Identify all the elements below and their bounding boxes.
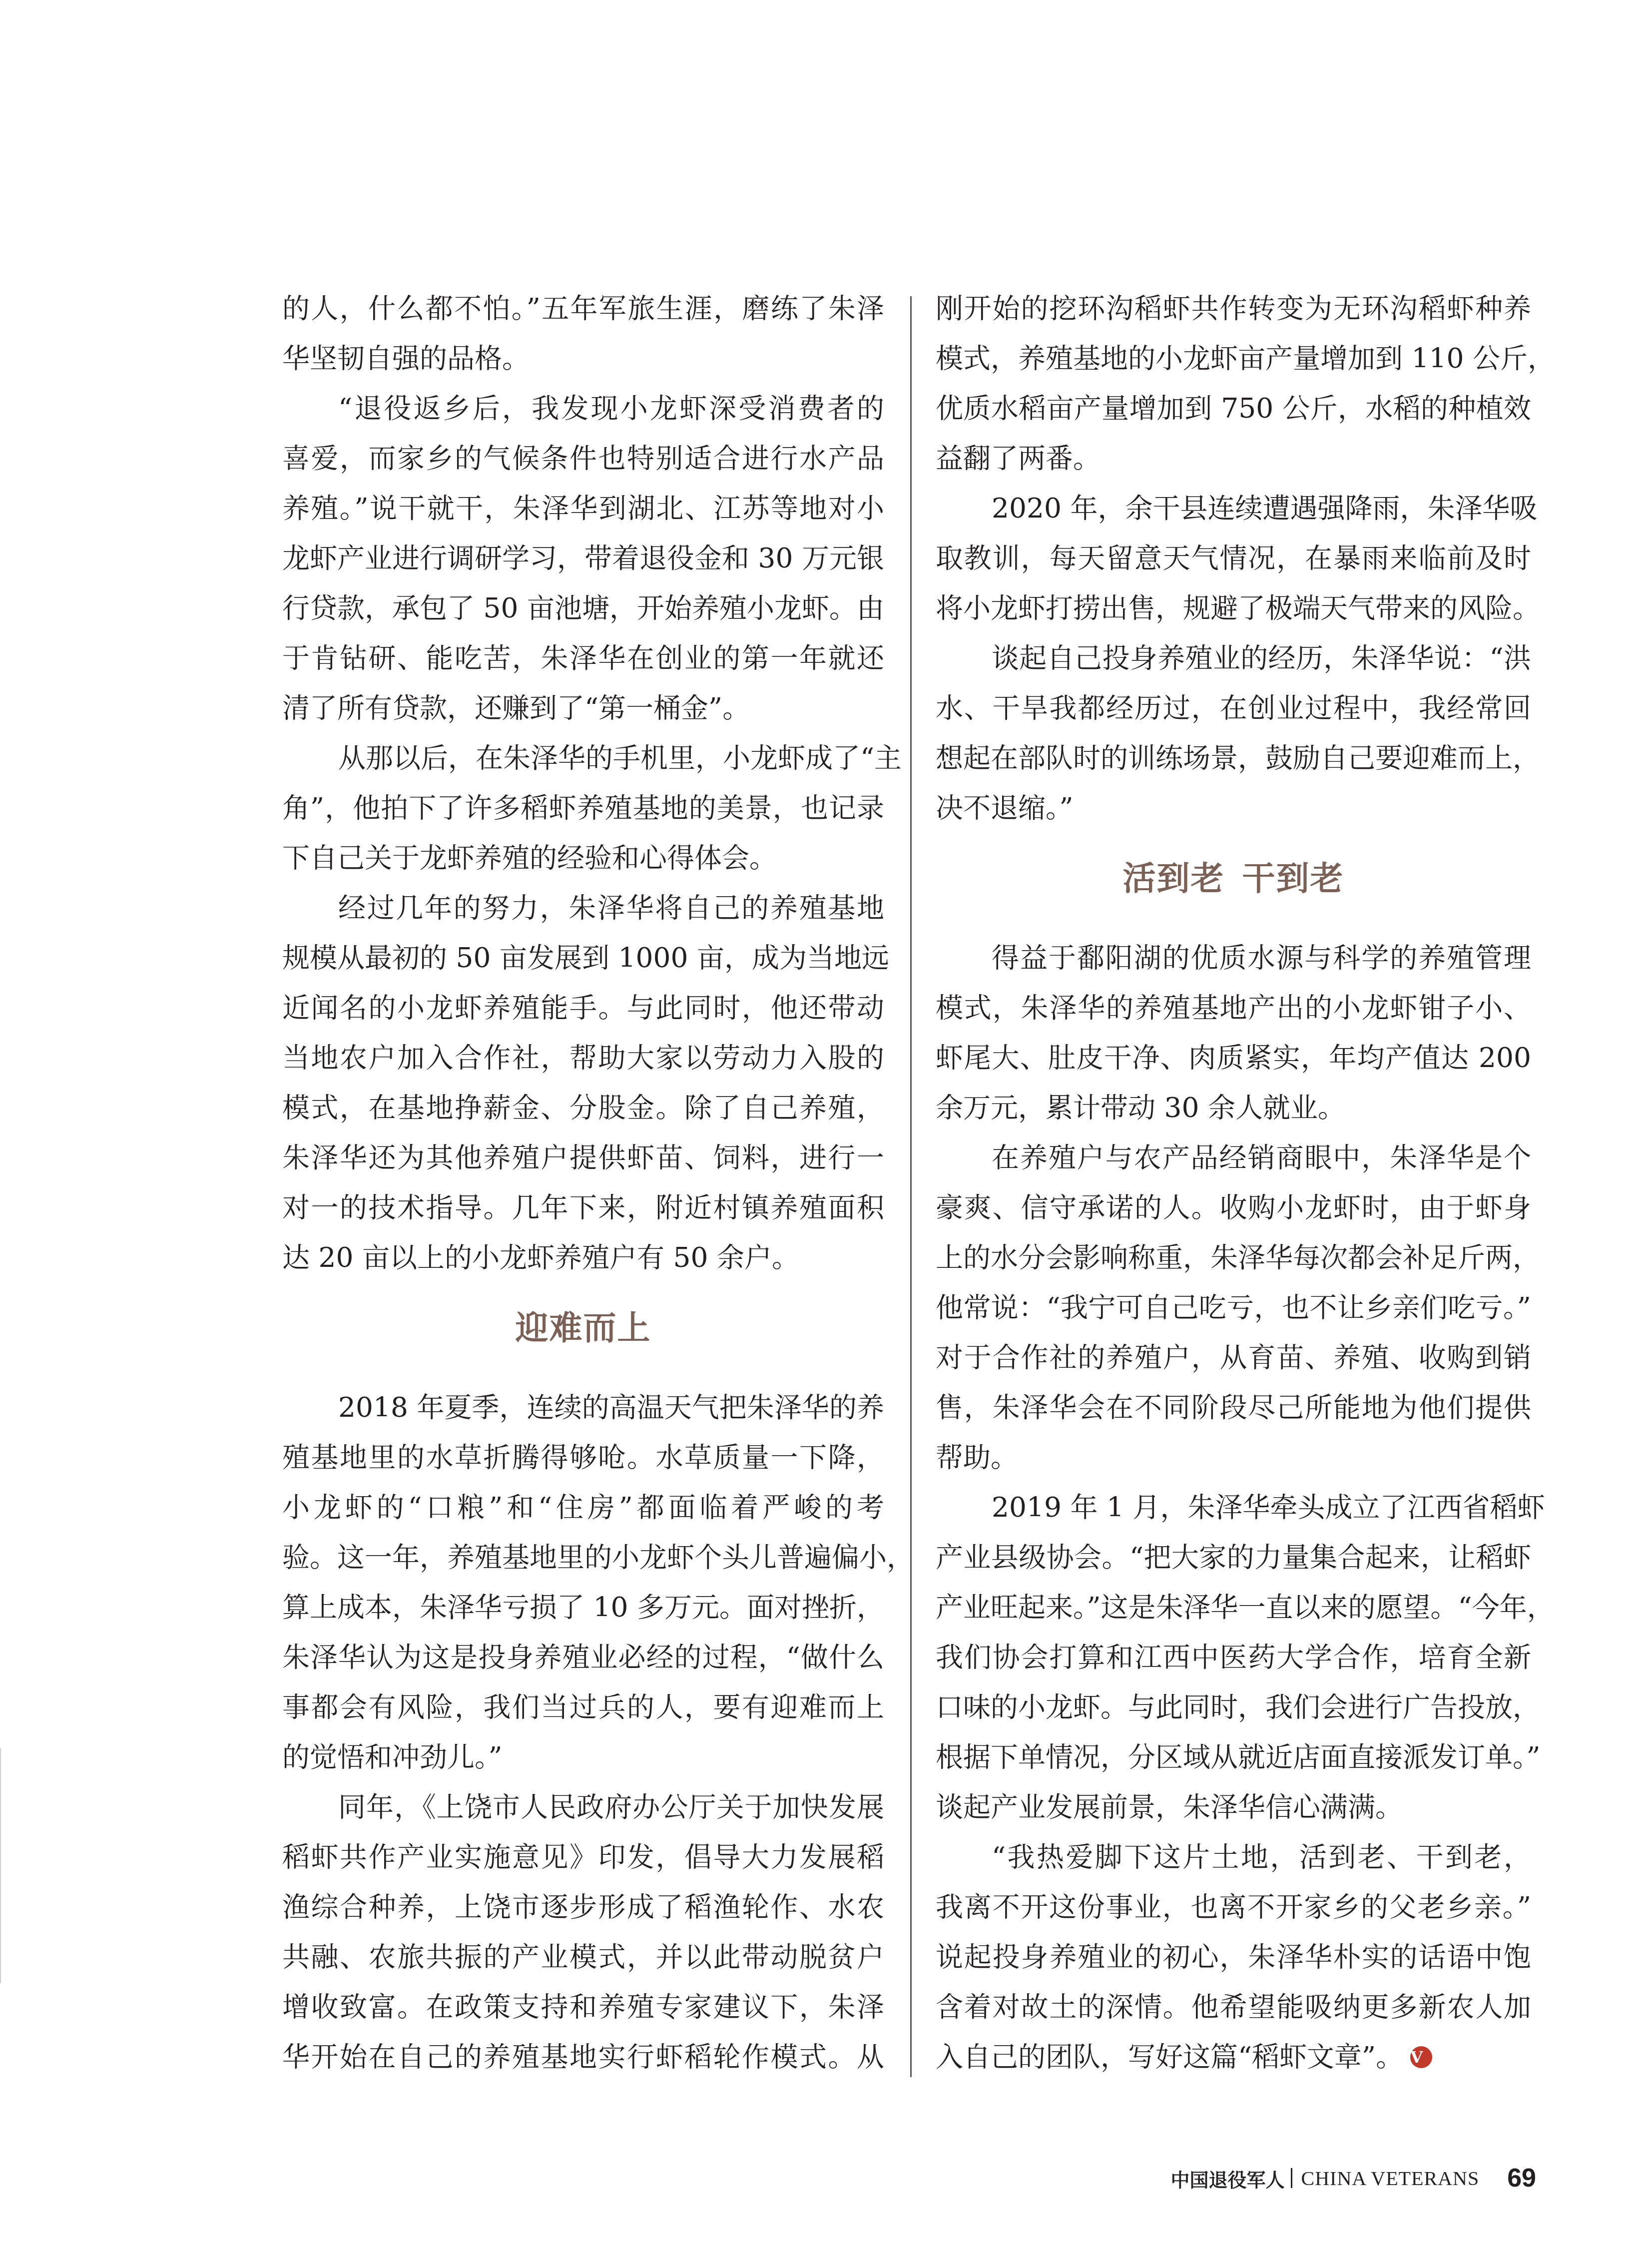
paragraph-line: 清了所有贷款，还赚到了“第一桶金”。 [282,690,884,740]
line-text: 他常说：“我宁可自己吃亏，也不让乡亲们吃亏。” [936,1291,1531,1323]
line-text: 朱泽华认为这是投身养殖业必经的过程，“做什么 [282,1641,884,1673]
magazine-title-cn: 中国退役军人 [1171,2165,1285,2192]
section-heading-yingnan: 迎难而上 [282,1275,884,1375]
line-text: 模式，养殖基地的小龙虾亩产量增加到 110 公斤， [936,342,1555,374]
article-column-left: 的人，什么都不怕。”五年军旅生涯，磨练了朱泽华坚韧自强的品格。“退役返乡后，我发… [282,0,884,2148]
line-text: 模式，朱泽华的养殖基地产出的小龙虾钳子小、 [936,992,1531,1024]
paragraph-line: 朱泽华认为这是投身养殖业必经的过程，“做什么 [282,1640,884,1689]
line-text: 将小龙虾打捞出售，规避了极端天气带来的风险。 [936,592,1540,624]
paragraph-line: 产业县级协会。“把大家的力量集合起来，让稻虾 [936,1540,1531,1590]
paragraph-line: 谈起产业发展前景，朱泽华信心满满。 [936,1789,1531,1839]
column-divider [910,296,912,2077]
line-text: 的人，什么都不怕。”五年军旅生涯，磨练了朱泽 [282,292,884,324]
paragraph-line: 小龙虾的“口粮”和“住房”都面临着严峻的考 [282,1490,884,1540]
paragraph-line: 殖基地里的水草折腾得够呛。水草质量一下降， [282,1440,884,1490]
paragraph-line: 角”，他拍下了许多稻虾养殖基地的美景，也记录 [282,790,884,840]
line-text: 当地农户加入合作社，帮助大家以劳动力入股的 [282,1042,884,1074]
line-text: 华开始在自己的养殖基地实行虾稻轮作模式。从 [282,2041,884,2073]
line-text: 龙虾产业进行调研学习，带着退役金和 30 万元银 [282,542,884,574]
paragraph-line: 含着对故土的深情。他希望能吸纳更多新农人加 [936,1989,1531,2039]
paragraph-line: 华开始在自己的养殖基地实行虾稻轮作模式。从 [282,2039,884,2089]
paragraph-line: 行贷款，承包了 50 亩池塘，开始养殖小龙虾。由 [282,590,884,640]
paragraph-line: 近闻名的小龙虾养殖能手。与此同时，他还带动 [282,990,884,1040]
footer-separator [1291,2168,1292,2188]
line-text: 对于合作社的养殖户，从育苗、养殖、收购到销 [936,1341,1531,1373]
paragraph-line: “我热爱脚下这片土地，活到老、干到老， [936,1839,1531,1889]
line-text: 产业县级协会。“把大家的力量集合起来，让稻虾 [936,1541,1531,1573]
line-text: 经过几年的努力，朱泽华将自己的养殖基地 [338,892,884,924]
article-column-right: 刚开始的挖环沟稻虾共作转变为无环沟稻虾种养模式，养殖基地的小龙虾亩产量增加到 1… [936,0,1531,2148]
line-text: 规模从最初的 50 亩发展到 1000 亩，成为当地远 [282,942,889,974]
paragraph-line: 规模从最初的 50 亩发展到 1000 亩，成为当地远 [282,940,884,990]
line-text: 我们协会打算和江西中医药大学合作，培育全新 [936,1641,1531,1673]
paragraph-line: “退役返乡后，我发现小龙虾深受消费者的 [282,391,884,441]
line-text: 喜爱，而家乡的气候条件也特别适合进行水产品 [282,442,884,474]
paragraph-line: 谈起自己投身养殖业的经历，朱泽华说：“洪 [936,640,1531,690]
paragraph-line: 华坚韧自强的品格。 [282,341,884,391]
line-text: 刚开始的挖环沟稻虾共作转变为无环沟稻虾种养 [936,292,1531,324]
paragraph-line: 同年，《上饶市人民政府办公厅关于加快发展 [282,1789,884,1839]
line-text: 在养殖户与农产品经销商眼中，朱泽华是个 [992,1141,1531,1173]
line-text: 我离不开这份事业，也离不开家乡的父老乡亲。” [936,1891,1531,1923]
paragraph-line: 稻虾共作产业实施意见》印发，倡导大力发展稻 [282,1839,884,1889]
line-text: 增收致富。在政策支持和养殖专家建议下，朱泽 [282,1991,884,2023]
paragraph-line: 增收致富。在政策支持和养殖专家建议下，朱泽 [282,1989,884,2039]
paragraph-line: 喜爱，而家乡的气候条件也特别适合进行水产品 [282,441,884,491]
paragraph-line: 根据下单情况，分区域从就近店面直接派发订单。” [936,1739,1531,1789]
line-text: 算上成本，朱泽华亏损了 10 多万元。面对挫折， [282,1591,884,1623]
paragraph-line: 我离不开这份事业，也离不开家乡的父老乡亲。” [936,1889,1531,1939]
paragraph-line: 2018 年夏季，连续的高温天气把朱泽华的养 [282,1390,884,1440]
line-text: 下自己关于龙虾养殖的经验和心得体会。 [282,842,777,874]
paragraph-line: 事都会有风险，我们当过兵的人，要有迎难而上 [282,1689,884,1739]
paragraph-line: 将小龙虾打捞出售，规避了极端天气带来的风险。 [936,590,1531,640]
line-text: 售，朱泽华会在不同阶段尽己所能地为他们提供 [936,1391,1531,1423]
page-gutter-edge [0,1748,1,1983]
paragraph-line: 口味的小龙虾。与此同时，我们会进行广告投放， [936,1689,1531,1739]
paragraph-line: 虾尾大、肚皮干净、肉质紧实，年均产值达 200 [936,1040,1531,1090]
paragraph-line: 模式，养殖基地的小龙虾亩产量增加到 110 公斤， [936,341,1531,391]
line-text: 入自己的团队，写好这篇“稻虾文章”。 [936,2041,1403,2073]
paragraph-line: 下自己关于龙虾养殖的经验和心得体会。 [282,840,884,890]
paragraph-line: 我们协会打算和江西中医药大学合作，培育全新 [936,1640,1531,1689]
paragraph-line: 对一的技术指导。几年下来，附近村镇养殖面积 [282,1190,884,1240]
paragraph-line: 的觉悟和冲劲儿。” [282,1739,884,1789]
paragraph-line: 刚开始的挖环沟稻虾共作转变为无环沟稻虾种养 [936,291,1531,341]
paragraph-line: 他常说：“我宁可自己吃亏，也不让乡亲们吃亏。” [936,1290,1531,1340]
paragraph-line: 优质水稻亩产量增加到 750 公斤，水稻的种植效 [936,391,1531,441]
paragraph-line: 余万元，累计带动 30 余人就业。 [936,1090,1531,1140]
line-text: 豪爽、信守承诺的人。收购小龙虾时，由于虾身 [936,1191,1531,1223]
line-text: 根据下单情况，分区域从就近店面直接派发订单。” [936,1741,1541,1773]
paragraph-line: 的人，什么都不怕。”五年军旅生涯，磨练了朱泽 [282,291,884,341]
line-text: 近闻名的小龙虾养殖能手。与此同时，他还带动 [282,992,884,1024]
paragraph-line: 2020 年，余干县连续遭遇强降雨，朱泽华吸 [936,491,1531,541]
line-text: 2020 年，余干县连续遭遇强降雨，朱泽华吸 [992,492,1537,524]
line-text: 渔综合种养，上饶市逐步形成了稻渔轮作、水农 [282,1891,884,1923]
paragraph-line: 得益于鄱阳湖的优质水源与科学的养殖管理 [936,940,1531,990]
line-text: 谈起自己投身养殖业的经历，朱泽华说：“洪 [992,642,1531,674]
line-text: 华坚韧自强的品格。 [282,342,530,374]
section-heading-huodaolao: 活到老 干到老 [936,825,1531,925]
line-text: 益翻了两番。 [936,442,1101,474]
paragraph-line: 对于合作社的养殖户，从育苗、养殖、收购到销 [936,1340,1531,1390]
line-text: 养殖。”说干就干，朱泽华到湖北、江苏等地对小 [282,492,884,524]
line-text: 余万元，累计带动 30 余人就业。 [936,1092,1345,1123]
paragraph-line: 算上成本，朱泽华亏损了 10 多万元。面对挫折， [282,1590,884,1640]
paragraph-line: 养殖。”说干就干，朱泽华到湖北、江苏等地对小 [282,491,884,541]
line-text: 对一的技术指导。几年下来，附近村镇养殖面积 [282,1191,884,1223]
line-text: 取教训，每天留意天气情况，在暴雨来临前及时 [936,542,1531,574]
line-text: 达 20 亩以上的小龙虾养殖户有 50 余户。 [282,1241,799,1273]
paragraph-line: 水、干旱我都经历过，在创业过程中，我经常回 [936,690,1531,740]
line-text: 殖基地里的水草折腾得够呛。水草质量一下降， [282,1441,884,1473]
line-text: 产业旺起来。”这是朱泽华一直以来的愿望。“今年， [936,1591,1555,1623]
paragraph-line: 产业旺起来。”这是朱泽华一直以来的愿望。“今年， [936,1590,1531,1640]
paragraph-line: 入自己的团队，写好这篇“稻虾文章”。V [936,2039,1531,2089]
article-end-mark-icon: V [1410,2046,1432,2068]
paragraph-line: 共融、农旅共振的产业模式，并以此带动脱贫户 [282,1939,884,1989]
line-text: 小龙虾的“口粮”和“住房”都面临着严峻的考 [282,1491,884,1523]
line-text: 得益于鄱阳湖的优质水源与科学的养殖管理 [992,942,1531,974]
line-text: 共融、农旅共振的产业模式，并以此带动脱贫户 [282,1941,884,1973]
line-text: 说起投身养殖业的初心，朱泽华朴实的话语中饱 [936,1941,1531,1973]
paragraph-line: 益翻了两番。 [936,441,1531,491]
line-text: 稻虾共作产业实施意见》印发，倡导大力发展稻 [282,1841,884,1873]
line-text: 上的水分会影响称重，朱泽华每次都会补足斤两， [936,1241,1540,1273]
paragraph-line: 从那以后，在朱泽华的手机里，小龙虾成了“主 [282,740,884,790]
paragraph-line: 售，朱泽华会在不同阶段尽己所能地为他们提供 [936,1390,1531,1440]
line-text: 于肯钻研、能吃苦，朱泽华在创业的第一年就还 [282,642,884,674]
line-text: 角”，他拍下了许多稻虾养殖基地的美景，也记录 [282,792,884,824]
line-text: 的觉悟和冲劲儿。” [282,1741,503,1773]
line-text: 虾尾大、肚皮干净、肉质紧实，年均产值达 200 [936,1042,1531,1074]
line-text: “退役返乡后，我发现小龙虾深受消费者的 [338,392,884,424]
paragraph-line: 模式，朱泽华的养殖基地产出的小龙虾钳子小、 [936,990,1531,1040]
paragraph-line: 帮助。 [936,1440,1531,1490]
paragraph-line: 当地农户加入合作社，帮助大家以劳动力入股的 [282,1040,884,1090]
line-text: 验。这一年，养殖基地里的小龙虾个头儿普遍偏小， [282,1541,914,1573]
page-footer: 中国退役军人 CHINA VETERANS 69 [1171,2163,1536,2193]
paragraph-line: 说起投身养殖业的初心，朱泽华朴实的话语中饱 [936,1939,1531,1989]
line-text: “我热爱脚下这片土地，活到老、干到老， [992,1841,1531,1873]
paragraph-line: 取教训，每天留意天气情况，在暴雨来临前及时 [936,541,1531,590]
paragraph-line: 经过几年的努力，朱泽华将自己的养殖基地 [282,890,884,940]
line-text: 模式，在基地挣薪金、分股金。除了自己养殖， [282,1092,884,1123]
paragraph-line: 验。这一年，养殖基地里的小龙虾个头儿普遍偏小， [282,1540,884,1590]
paragraph-line: 2019 年 1 月，朱泽华牵头成立了江西省稻虾 [936,1490,1531,1540]
line-text: 2018 年夏季，连续的高温天气把朱泽华的养 [338,1391,884,1423]
line-text: 同年，《上饶市人民政府办公厅关于加快发展 [338,1791,884,1823]
line-text: 从那以后，在朱泽华的手机里，小龙虾成了“主 [338,742,902,774]
line-text: 水、干旱我都经历过，在创业过程中，我经常回 [936,692,1531,724]
line-text: 想起在部队时的训练场景，鼓励自己要迎难而上， [936,742,1540,774]
paragraph-line: 于肯钻研、能吃苦，朱泽华在创业的第一年就还 [282,640,884,690]
line-text: 行贷款，承包了 50 亩池塘，开始养殖小龙虾。由 [282,592,884,624]
paragraph-line: 在养殖户与农产品经销商眼中，朱泽华是个 [936,1140,1531,1190]
line-text: 帮助。 [936,1441,1018,1473]
magazine-title-en: CHINA VETERANS [1301,2167,1480,2190]
line-text: 优质水稻亩产量增加到 750 公斤，水稻的种植效 [936,392,1531,424]
line-text: 事都会有风险，我们当过兵的人，要有迎难而上 [282,1691,884,1723]
paragraph-line: 想起在部队时的训练场景，鼓励自己要迎难而上， [936,740,1531,790]
page-number: 69 [1507,2163,1536,2193]
paragraph-line: 龙虾产业进行调研学习，带着退役金和 30 万元银 [282,541,884,590]
line-text: 含着对故土的深情。他希望能吸纳更多新农人加 [936,1991,1531,2023]
line-text: 谈起产业发展前景，朱泽华信心满满。 [936,1791,1403,1823]
paragraph-line: 朱泽华还为其他养殖户提供虾苗、饲料，进行一 [282,1140,884,1190]
line-text: 口味的小龙虾。与此同时，我们会进行广告投放， [936,1691,1540,1723]
paragraph-line: 模式，在基地挣薪金、分股金。除了自己养殖， [282,1090,884,1140]
line-text: 清了所有贷款，还赚到了“第一桶金”。 [282,692,750,724]
paragraph-line: 豪爽、信守承诺的人。收购小龙虾时，由于虾身 [936,1190,1531,1240]
paragraph-line: 渔综合种养，上饶市逐步形成了稻渔轮作、水农 [282,1889,884,1939]
line-text: 2019 年 1 月，朱泽华牵头成立了江西省稻虾 [992,1491,1545,1523]
line-text: 决不退缩。” [936,792,1074,824]
paragraph-line: 上的水分会影响称重，朱泽华每次都会补足斤两， [936,1240,1531,1290]
line-text: 朱泽华还为其他养殖户提供虾苗、饲料，进行一 [282,1141,884,1173]
